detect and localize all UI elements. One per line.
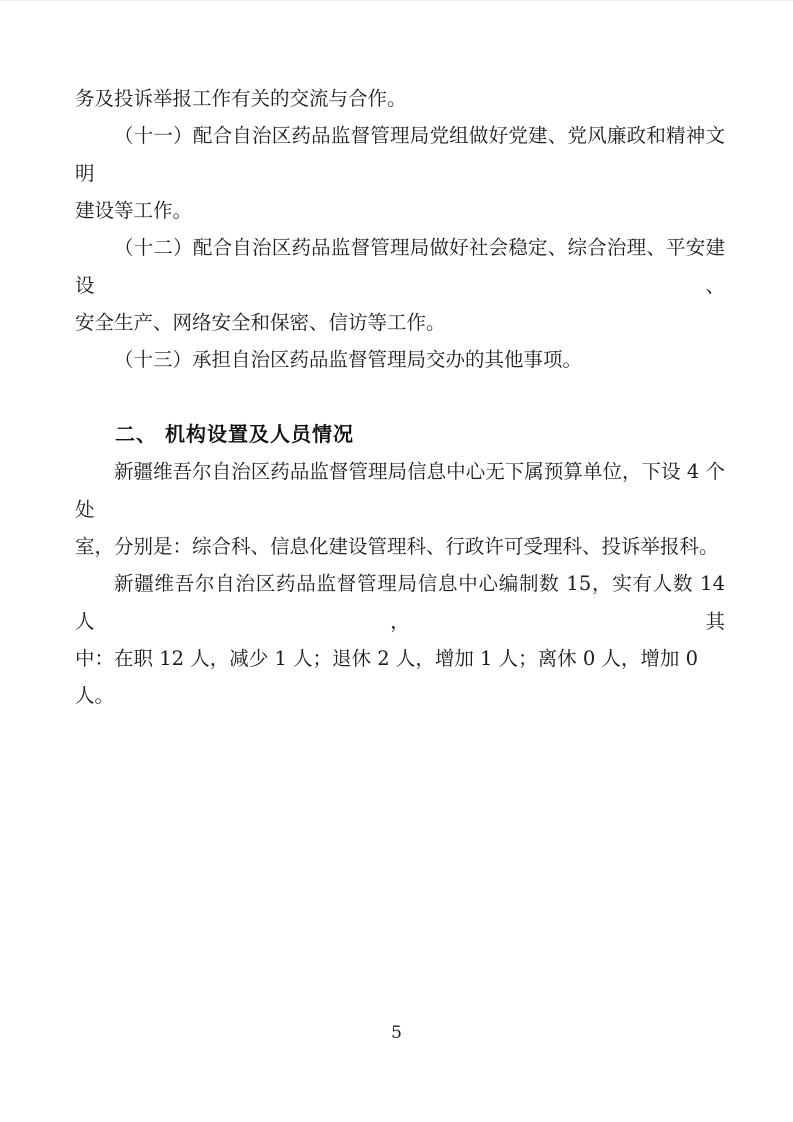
page-top-edge (0, 0, 793, 1)
text-line-staff-1: 新疆维吾尔自治区药品监督管理局信息中心编制数 15，实有人数 14 人，其 (75, 565, 725, 640)
text-line-org-1: 新疆维吾尔自治区药品监督管理局信息中心无下属预算单位，下设 4 个处 (75, 453, 725, 528)
text-line-item11-2: 建设等工作。 (75, 192, 725, 229)
text-line-org-2: 室，分别是：综合科、信息化建设管理科、行政许可受理科、投诉举报科。 (75, 528, 725, 565)
text-line-item13: （十三）承担自治区药品监督管理局交办的其他事项。 (75, 341, 725, 378)
text-line-item12-2: 安全生产、网络安全和保密、信访等工作。 (75, 304, 725, 341)
text-line-item11-1: （十一）配合自治区药品监督管理局党组做好党建、党风廉政和精神文明 (75, 117, 725, 192)
document-page: 务及投诉举报工作有关的交流与合作。 （十一）配合自治区药品监督管理局党组做好党建… (0, 0, 793, 1122)
document-body: 务及投诉举报工作有关的交流与合作。 （十一）配合自治区药品监督管理局党组做好党建… (75, 80, 725, 715)
page-number: 5 (0, 1023, 793, 1043)
text-line-continuation: 务及投诉举报工作有关的交流与合作。 (75, 80, 725, 117)
text-line-staff-2: 中：在职 12 人，减少 1 人；退休 2 人，增加 1 人；离休 0 人，增加… (75, 640, 725, 715)
section-heading: 二、 机构设置及人员情况 (75, 416, 725, 453)
text-line-item12-1: （十二）配合自治区药品监督管理局做好社会稳定、综合治理、平安建设、 (75, 229, 725, 304)
